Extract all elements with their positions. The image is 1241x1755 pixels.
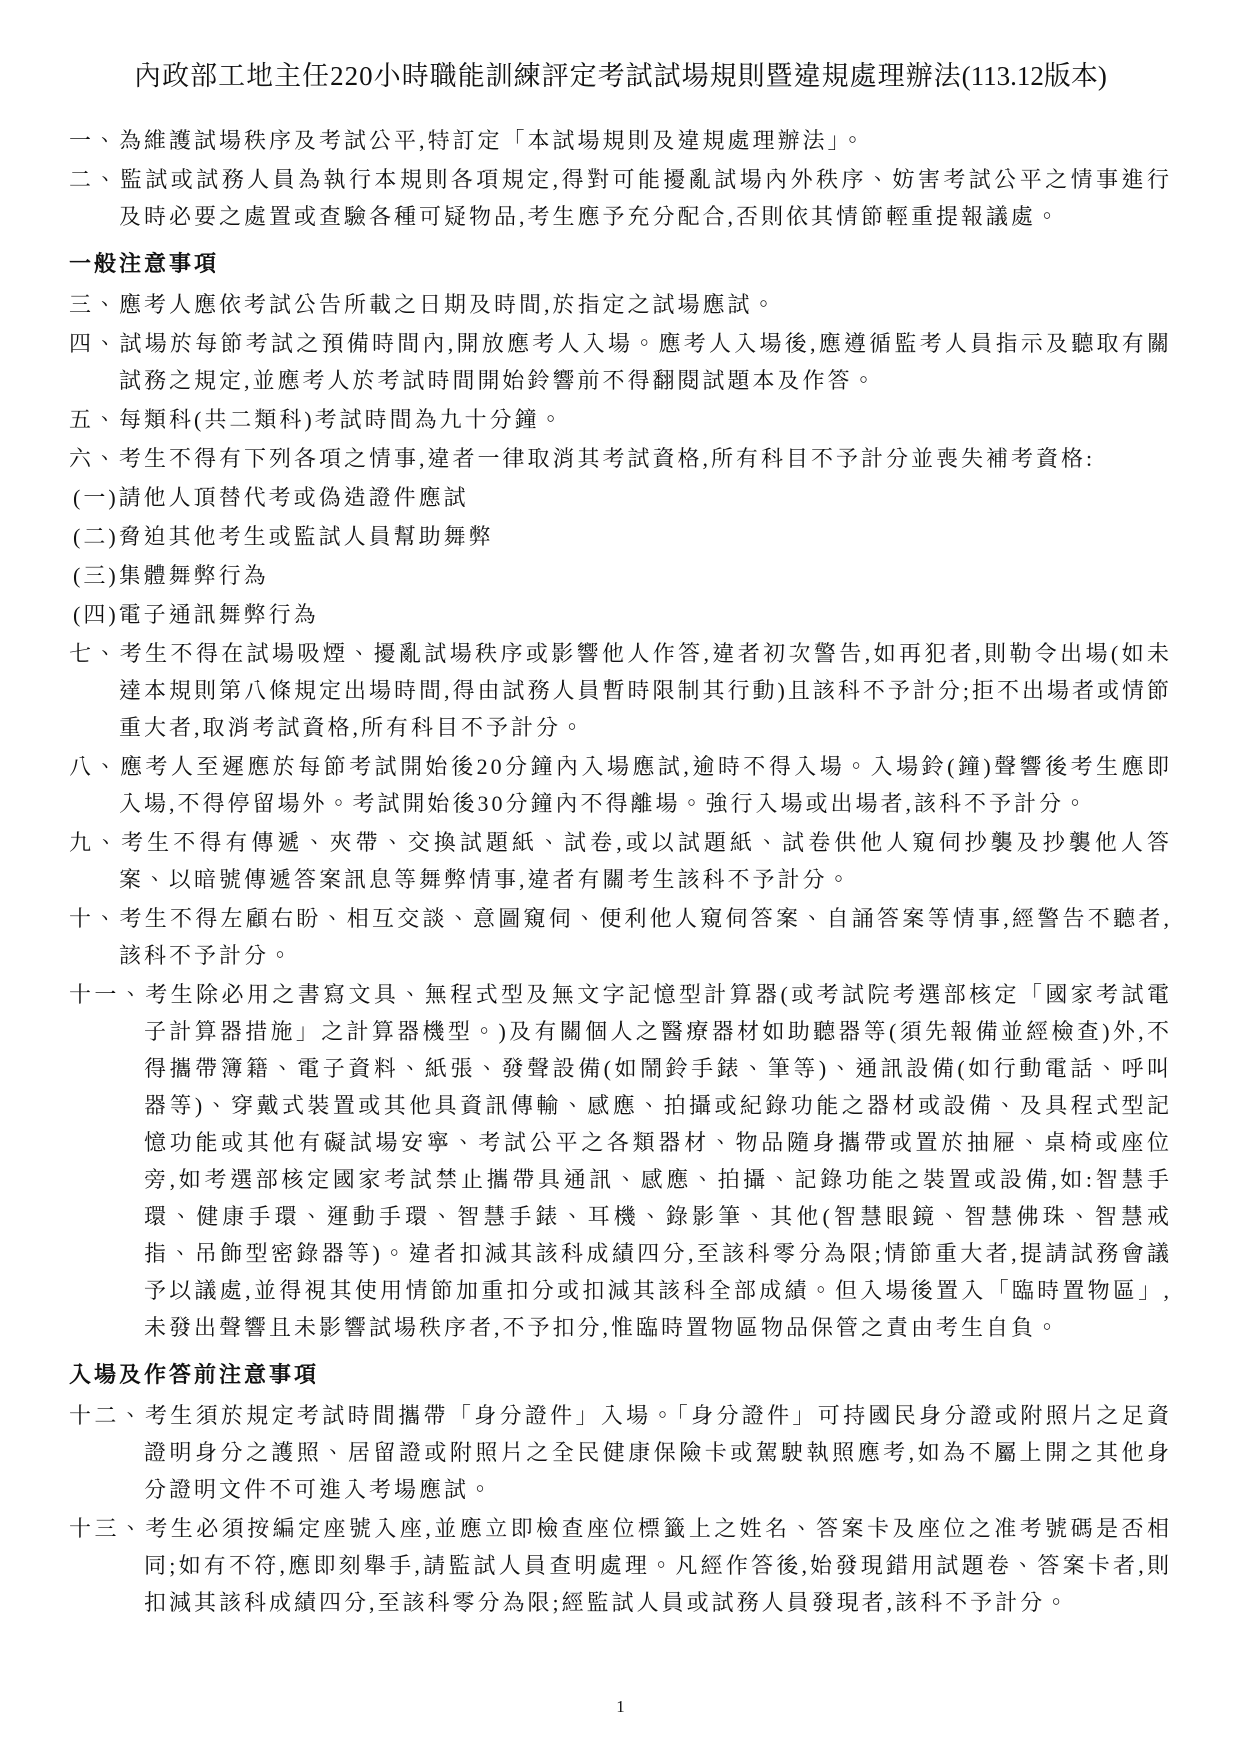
rule-10-text: 考生不得左顧右盼、相互交談、意圖窺伺、便利他人窺伺答案、自誦答案等情事,經警告不… bbox=[119, 906, 1172, 968]
rule-6-sub-3: (三)集體舞弊行為 bbox=[69, 557, 1172, 594]
rule-5-text: 每類科(共二類科)考試時間為九十分鐘。 bbox=[119, 407, 565, 432]
rule-1-number: 一、 bbox=[69, 128, 119, 153]
rule-8: 八、應考人至遲應於每節考試開始後20分鐘內入場應試,逾時不得入場。入場鈴(鐘)聲… bbox=[69, 748, 1172, 822]
rule-11: 十一、考生除必用之書寫文具、無程式型及無文字記憶型計算器(或考試院考選部核定「國… bbox=[69, 976, 1172, 1346]
rule-1-text: 為維護試場秩序及考試公平,特訂定「本試場規則及違規處理辦法」。 bbox=[119, 128, 867, 153]
document-title-text: 內政部工地主任220小時職能訓練評定考試試場規則暨違規處理辦法 bbox=[134, 61, 962, 91]
rule-10-number: 十、 bbox=[69, 906, 120, 931]
rule-3: 三、應考人應依考試公告所載之日期及時間,於指定之試場應試。 bbox=[69, 286, 1172, 323]
rule-6-sub-1-number: (一) bbox=[73, 485, 119, 510]
document-version-note: (113.12版本) bbox=[962, 61, 1107, 91]
rule-6-sub-2: (二)脅迫其他考生或監試人員幫助舞弊 bbox=[69, 518, 1172, 555]
rule-12-number: 十二、 bbox=[69, 1403, 145, 1428]
rule-12: 十二、考生須於規定考試時間攜帶「身分證件」入場。「身分證件」可持國民身分證或附照… bbox=[69, 1397, 1172, 1508]
rule-6-sub-2-number: (二) bbox=[73, 524, 119, 549]
rule-2: 二、監試或試務人員為執行本規則各項規定,得對可能擾亂試場內外秩序、妨害考試公平之… bbox=[69, 161, 1172, 235]
rule-3-number: 三、 bbox=[69, 292, 119, 317]
rule-6-sub-2-text: 脅迫其他考生或監試人員幫助舞弊 bbox=[119, 524, 494, 549]
rule-6-sub-3-number: (三) bbox=[73, 563, 119, 588]
rule-13-text: 考生必須按編定座號入座,並應立即檢查座位標籤上之姓名、答案卡及座位之准考號碼是否… bbox=[144, 1516, 1172, 1615]
rule-1: 一、為維護試場秩序及考試公平,特訂定「本試場規則及違規處理辦法」。 bbox=[69, 122, 1172, 159]
rule-6-sub-4-number: (四) bbox=[73, 602, 119, 627]
rule-7-number: 七、 bbox=[69, 641, 120, 666]
rule-9: 九、考生不得有傳遞、夾帶、交換試題紙、試卷,或以試題紙、試卷供他人窺伺抄襲及抄襲… bbox=[69, 824, 1172, 898]
section-heading-entry: 入場及作答前注意事項 bbox=[69, 1356, 1172, 1393]
section-heading-general: 一般注意事項 bbox=[69, 245, 1172, 282]
rule-3-text: 應考人應依考試公告所載之日期及時間,於指定之試場應試。 bbox=[119, 292, 778, 317]
rule-9-text: 考生不得有傳遞、夾帶、交換試題紙、試卷,或以試題紙、試卷供他人窺伺抄襲及抄襲他人… bbox=[119, 830, 1172, 892]
rule-11-number: 十一、 bbox=[69, 982, 145, 1007]
rule-10: 十、考生不得左顧右盼、相互交談、意圖窺伺、便利他人窺伺答案、自誦答案等情事,經警… bbox=[69, 900, 1172, 974]
rule-11-text: 考生除必用之書寫文具、無程式型及無文字記憶型計算器(或考試院考選部核定「國家考試… bbox=[144, 982, 1172, 1340]
rule-8-number: 八、 bbox=[69, 754, 120, 779]
rule-4-text: 試場於每節考試之預備時間內,開放應考人入場。應考人入場後,應遵循監考人員指示及聽… bbox=[119, 331, 1172, 393]
rule-9-number: 九、 bbox=[69, 830, 121, 855]
rule-6-sub-1: (一)請他人頂替代考或偽造證件應試 bbox=[69, 479, 1172, 516]
rule-2-text: 監試或試務人員為執行本規則各項規定,得對可能擾亂試場內外秩序、妨害考試公平之情事… bbox=[119, 167, 1172, 229]
rule-5: 五、每類科(共二類科)考試時間為九十分鐘。 bbox=[69, 401, 1172, 438]
rule-6: 六、考生不得有下列各項之情事,違者一律取消其考試資格,所有科目不予計分並喪失補考… bbox=[69, 440, 1172, 477]
rule-2-number: 二、 bbox=[69, 167, 120, 192]
rule-6-sub-4: (四)電子通訊舞弊行為 bbox=[69, 596, 1172, 633]
rule-6-sub-4-text: 電子通訊舞弊行為 bbox=[119, 602, 319, 627]
rule-5-number: 五、 bbox=[69, 407, 119, 432]
document-title: 內政部工地主任220小時職能訓練評定考試試場規則暨違規處理辦法(113.12版本… bbox=[69, 56, 1172, 96]
document-page: 內政部工地主任220小時職能訓練評定考試試場規則暨違規處理辦法(113.12版本… bbox=[0, 0, 1241, 1755]
rule-8-text: 應考人至遲應於每節考試開始後20分鐘內入場應試,逾時不得入場。入場鈴(鐘)聲響後… bbox=[119, 754, 1172, 816]
rule-7-text: 考生不得在試場吸煙、擾亂試場秩序或影響他人作答,違者初次警告,如再犯者,則勒令出… bbox=[119, 641, 1172, 740]
rule-12-text: 考生須於規定考試時間攜帶「身分證件」入場。「身分證件」可持國民身分證或附照片之足… bbox=[144, 1403, 1172, 1502]
rule-6-text: 考生不得有下列各項之情事,違者一律取消其考試資格,所有科目不予計分並喪失補考資格… bbox=[119, 446, 1095, 471]
rule-6-sub-3-text: 集體舞弊行為 bbox=[119, 563, 269, 588]
rule-4-number: 四、 bbox=[69, 331, 120, 356]
rule-6-number: 六、 bbox=[69, 446, 119, 471]
rule-13-number: 十三、 bbox=[69, 1516, 145, 1541]
rule-4: 四、試場於每節考試之預備時間內,開放應考人入場。應考人入場後,應遵循監考人員指示… bbox=[69, 325, 1172, 399]
page-number: 1 bbox=[0, 1697, 1241, 1717]
rule-13: 十三、考生必須按編定座號入座,並應立即檢查座位標籤上之姓名、答案卡及座位之准考號… bbox=[69, 1510, 1172, 1621]
rule-6-sub-1-text: 請他人頂替代考或偽造證件應試 bbox=[119, 485, 469, 510]
rule-7: 七、考生不得在試場吸煙、擾亂試場秩序或影響他人作答,違者初次警告,如再犯者,則勒… bbox=[69, 635, 1172, 746]
